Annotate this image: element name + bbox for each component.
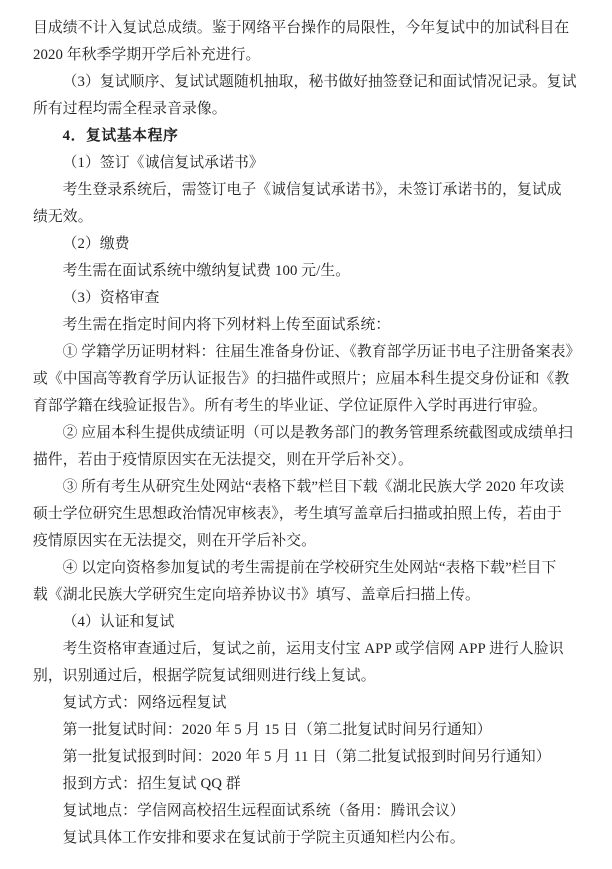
text-line: （2）缴费 [33, 231, 584, 258]
text-line: （4）认证和复试 [33, 609, 584, 636]
text-line: 绩无效。 [33, 204, 584, 231]
text-line: 育部学籍在线验证报告》。所有考生的毕业证、学位证原件入学时再进行审验。 [33, 393, 584, 420]
text-line: 或《中国高等教育学历认证报告》的扫描件或照片；应届本科生提交身份证和《教 [33, 366, 584, 393]
text-line: 考生需在指定时间内将下列材料上传至面试系统： [33, 312, 584, 339]
text-line: （3）资格审查 [33, 285, 584, 312]
section-heading: 4．复试基本程序 [33, 123, 584, 150]
text-line: 报到方式：招生复试 QQ 群 [33, 771, 584, 798]
text-line: 疫情原因实在无法提交，则在开学后补交。 [33, 528, 584, 555]
text-line: 所有过程均需全程录音录像。 [33, 96, 584, 123]
text-line: 第一批复试时间：2020 年 5 月 15 日（第二批复试时间另行通知） [33, 717, 584, 744]
text-line: 第一批复试报到时间：2020 年 5 月 11 日（第二批复试报到时间另行通知） [33, 744, 584, 771]
text-line: 2020 年秋季学期开学后补充进行。 [33, 42, 584, 69]
text-line: 硕士学位研究生思想政治情况审核表》，考生填写盖章后扫描或拍照上传，若由于 [33, 501, 584, 528]
text-line: 载《湖北民族大学研究生定向培养协议书》填写、盖章后扫描上传。 [33, 582, 584, 609]
text-line: ③ 所有考生从研究生处网站“表格下载”栏目下载《湖北民族大学 2020 年攻读 [33, 474, 584, 501]
text-line: 描件，若由于疫情原因实在无法提交，则在开学后补交）。 [33, 447, 584, 474]
text-line: ④ 以定向资格参加复试的考生需提前在学校研究生处网站“表格下载”栏目下 [33, 555, 584, 582]
text-line: 复试方式：网络远程复试 [33, 690, 584, 717]
text-line: 别，识别通过后，根据学院复试细则进行线上复试。 [33, 663, 584, 690]
text-line: 考生登录系统后，需签订电子《诚信复试承诺书》，未签订承诺书的，复试成 [33, 177, 584, 204]
text-line: 考生资格审查通过后，复试之前，运用支付宝 APP 或学信网 APP 进行人脸识 [33, 636, 584, 663]
text-line: 目成绩不计入复试总成绩。鉴于网络平台操作的局限性，今年复试中的加试科目在 [33, 15, 584, 42]
document-body: 目成绩不计入复试总成绩。鉴于网络平台操作的局限性，今年复试中的加试科目在2020… [33, 15, 584, 852]
text-line: 复试地点：学信网高校招生远程面试系统（备用：腾讯会议） [33, 798, 584, 825]
text-line: （1）签订《诚信复试承诺书》 [33, 150, 584, 177]
text-line: （3）复试顺序、复试试题随机抽取，秘书做好抽签登记和面试情况记录。复试 [33, 69, 584, 96]
text-line: 复试具体工作安排和要求在复试前于学院主页通知栏内公布。 [33, 825, 584, 852]
text-line: ① 学籍学历证明材料：往届生准备身份证、《教育部学历证书电子注册备案表》 [33, 339, 584, 366]
text-line: 考生需在面试系统中缴纳复试费 100 元/生。 [33, 258, 584, 285]
text-line: ② 应届本科生提供成绩证明（可以是教务部门的教务管理系统截图或成绩单扫 [33, 420, 584, 447]
document-page: 目成绩不计入复试总成绩。鉴于网络平台操作的局限性，今年复试中的加试科目在2020… [0, 0, 612, 869]
